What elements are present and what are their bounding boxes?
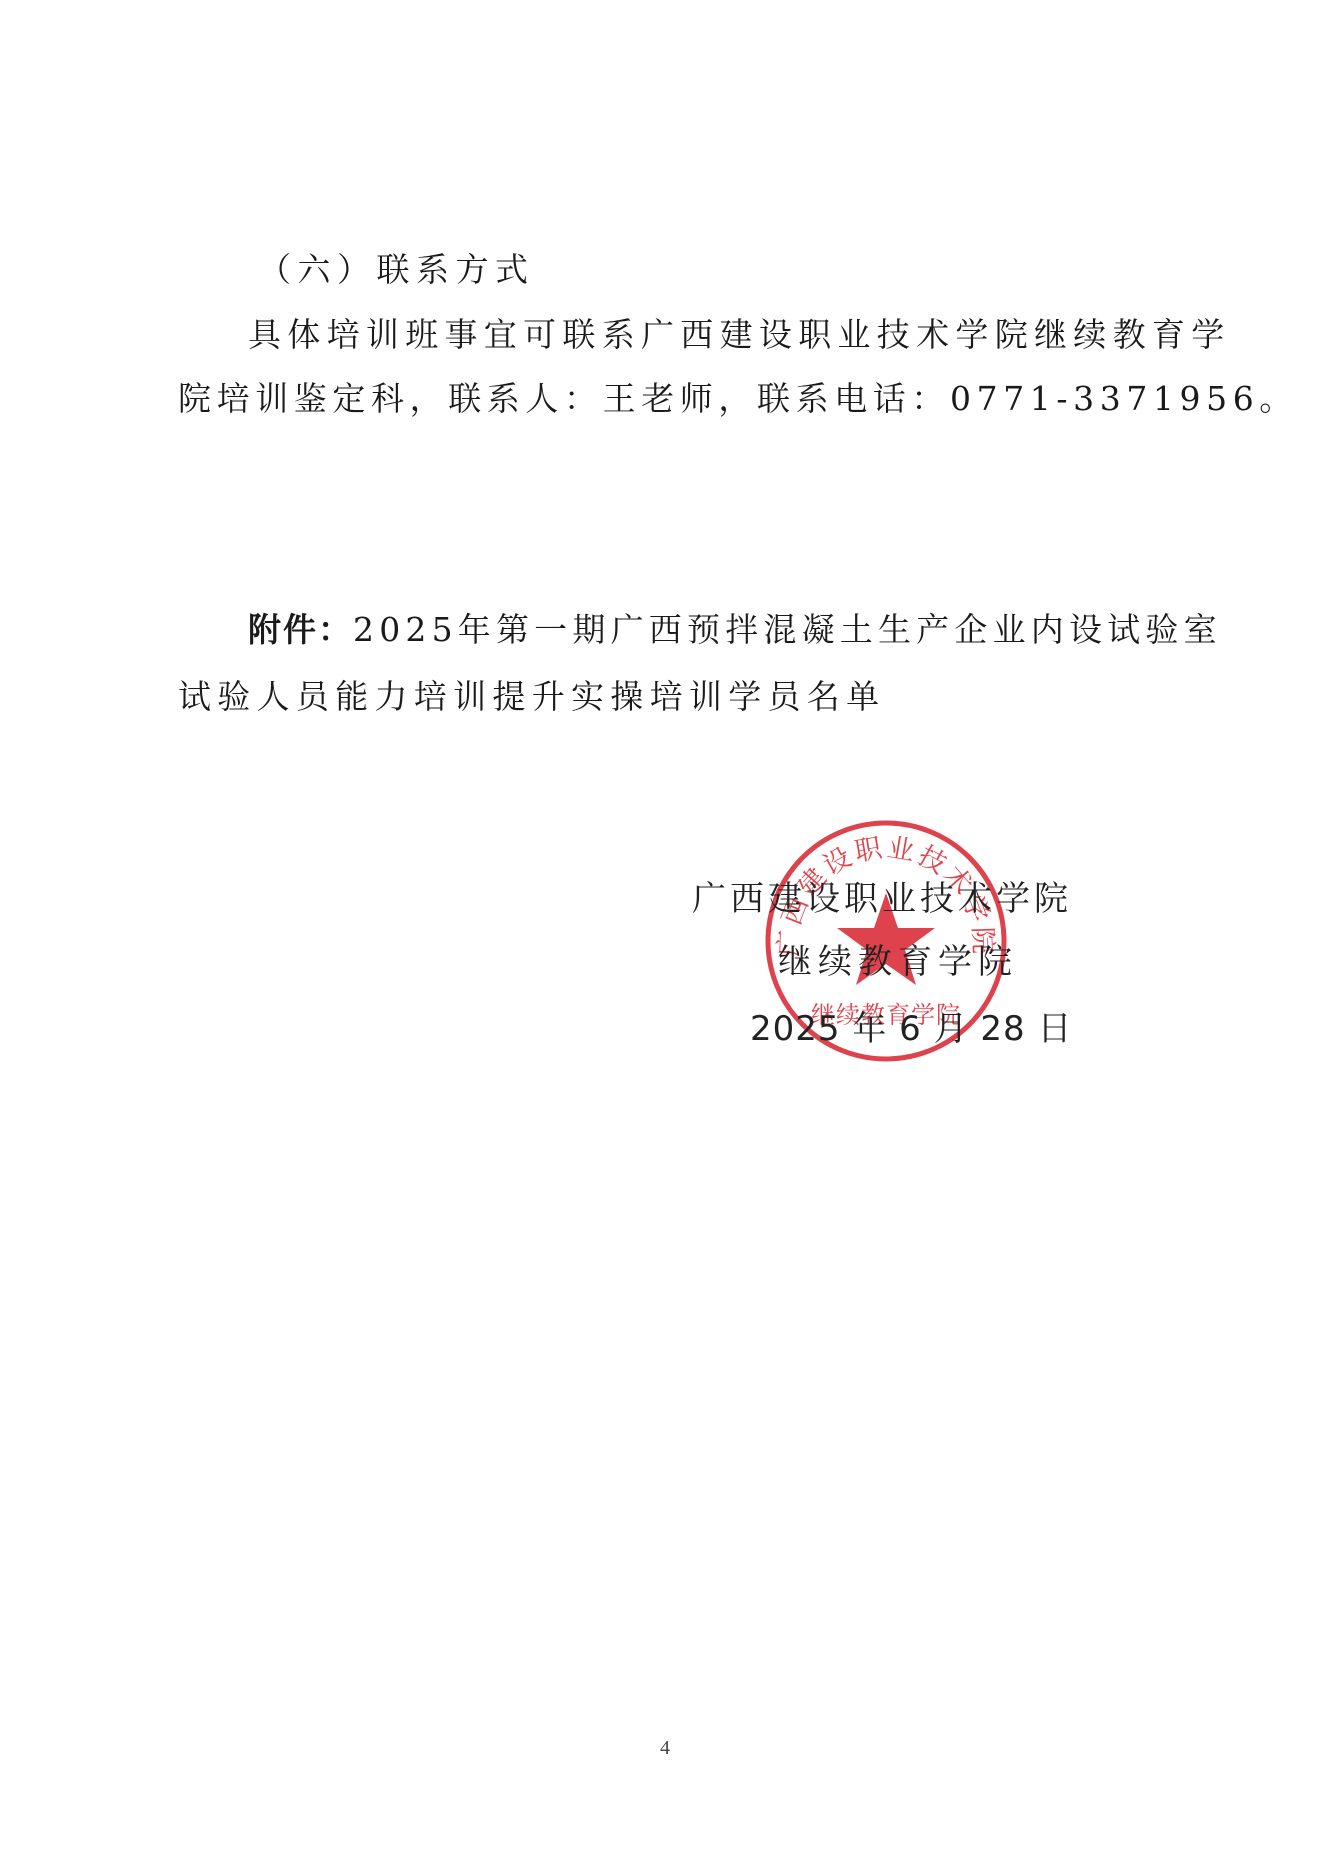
page-number: 4 xyxy=(660,1737,670,1760)
attachment-label: 附件： xyxy=(248,610,353,649)
signature-date: 2025 年 6 月 28 日 xyxy=(750,1012,1072,1046)
attachment-title-part-1: 2025年第一期广西预拌混凝土生产企业内设试验室 xyxy=(353,610,1222,649)
attachment-line-1: 附件：2025年第一期广西预拌混凝土生产企业内设试验室 xyxy=(248,613,1222,646)
attachment-line-2: 试验人员能力培训提升实操培训学员名单 xyxy=(178,680,885,713)
contact-paragraph-line-1: 具体培训班事宜可联系广西建设职业技术学院继续教育学 xyxy=(248,318,1231,351)
signature-department: 继续教育学院 xyxy=(778,945,1018,979)
contact-paragraph-line-2: 院培训鉴定科，联系人：王老师，联系电话：0771-3371956。 xyxy=(178,382,1298,415)
signature-organization: 广西建设职业技术学院 xyxy=(692,882,1072,916)
section-heading: （六）联系方式 xyxy=(258,253,535,286)
